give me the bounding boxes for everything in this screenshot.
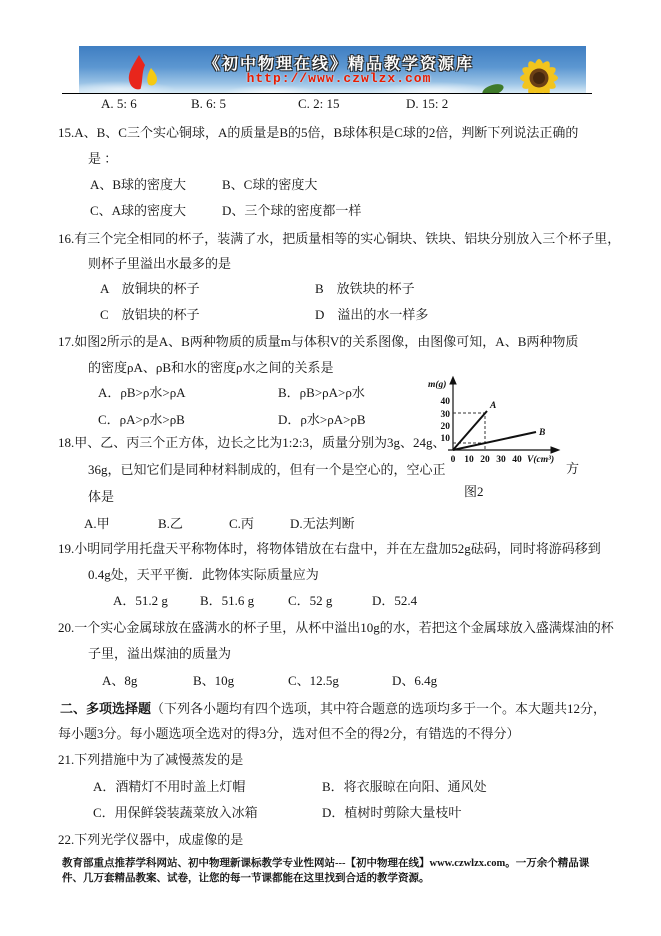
q20-option-a: A、8g bbox=[102, 673, 137, 688]
fig-xtick-30: 30 bbox=[496, 455, 506, 465]
section2-desc2: 每小题3分。每小题选项全选对的得3分，选对但不全的得2分，有错选的不得分） bbox=[58, 726, 520, 741]
fig-xtick-0: 0 bbox=[451, 455, 456, 465]
q17-option-a: A．ρB>ρ水>ρA bbox=[98, 385, 186, 400]
q21-option-d: D．植树时剪除大量枝叶 bbox=[322, 805, 461, 820]
q16-line1: 16.有三个完全相同的杯子，装满了水，把质量相等的实心铜块、铁块、铝块分别放入三… bbox=[58, 231, 620, 246]
q18-line2: 36g，已知它们是同种材料制成的，但有一个是空心的，空心正 bbox=[88, 462, 446, 477]
q18-wrap-char: 方 bbox=[566, 461, 579, 476]
q16-option-b: B 放铁块的杯子 bbox=[315, 281, 415, 296]
q15-line1: 15.A、B、C三个实心铜球，A的质量是B的5倍，B球体积是C球的2倍，判断下列… bbox=[58, 125, 578, 140]
banner-url: http://www.czwlzx.com bbox=[179, 71, 499, 86]
fig-line-a-label: A bbox=[489, 401, 496, 411]
header-divider bbox=[62, 93, 592, 94]
q19-line1: 19.小明同学用托盘天平称物体时，将物体错放在右盘中，并在左盘加52g砝码，同时… bbox=[58, 541, 601, 556]
figure2-mv-graph: m(g) 40 30 20 10 0 10 20 30 40 V(cm³) A … bbox=[426, 374, 566, 468]
q21-option-b: B．将衣服晾在向阳、通风处 bbox=[322, 779, 487, 794]
q18-option-a: A.甲 bbox=[84, 516, 110, 531]
q18-line1: 18.甲、乙、丙三个正方体，边长之比为1:2:3，质量分别为3g、24g、 bbox=[58, 435, 445, 450]
fig-xtick-10: 10 bbox=[464, 455, 474, 465]
q20-line2: 子里，溢出煤油的质量为 bbox=[88, 646, 231, 661]
q19-line2: 0.4g处，天平平衡．此物体实际质量应为 bbox=[88, 567, 319, 582]
q21-option-a: A．酒精灯不用时盖上灯帽 bbox=[93, 779, 245, 794]
q15-option-b: B、C球的密度大 bbox=[222, 177, 317, 192]
prev-option-d: D. 15: 2 bbox=[406, 96, 448, 111]
q17-option-b: B．ρB>ρA>ρ水 bbox=[278, 385, 365, 400]
q19-option-d: D．52.4 bbox=[372, 593, 417, 608]
q19-option-a: A．51.2 g bbox=[113, 593, 168, 608]
q17-option-d: D．ρ水>ρA>ρB bbox=[278, 412, 366, 427]
prev-option-b: B. 6: 5 bbox=[191, 96, 226, 111]
exam-page: 《初中物理在线》精品教学资源库 http://www.czwlzx.com A.… bbox=[0, 0, 661, 936]
section2-title: 二、多项选择题 bbox=[60, 701, 151, 716]
fig-ytick-30: 30 bbox=[441, 410, 451, 420]
section2-heading-line: 二、多项选择题（下列各小题均有四个选项，其中符合题意的选项均多于一个。本大题共1… bbox=[60, 701, 606, 716]
q21-stem: 21.下列措施中为了减慢蒸发的是 bbox=[58, 752, 243, 767]
q17-line1: 17.如图2所示的是A、B两种物质的质量m与体积V的关系图像，由图像可知，A、B… bbox=[58, 334, 578, 349]
q15-option-d: D、三个球的密度都一样 bbox=[222, 203, 361, 218]
q20-line1: 20.一个实心金属球放在盛满水的杯子里，从杯中溢出10g的水，若把这个金属球放入… bbox=[58, 620, 614, 635]
q20-option-c: C、12.5g bbox=[288, 673, 339, 688]
fig-xtick-40: 40 bbox=[512, 455, 522, 465]
q16-line2: 则杯子里溢出水最多的是 bbox=[88, 256, 231, 271]
q18-line3: 体是 bbox=[88, 489, 114, 504]
q16-option-c: C 放铝块的杯子 bbox=[100, 307, 200, 322]
q15-option-c: C、A球的密度大 bbox=[90, 203, 186, 218]
footer-line1: 教育部重点推荐学科网站、初中物理新课标教学专业性网站---【初中物理在线】www… bbox=[62, 856, 589, 871]
prev-option-c: C. 2: 15 bbox=[298, 96, 340, 111]
q20-option-d: D、6.4g bbox=[392, 673, 437, 688]
q18-option-d: D.无法判断 bbox=[290, 516, 355, 531]
fig-y-axis-label: m(g) bbox=[428, 379, 446, 390]
site-banner: 《初中物理在线》精品教学资源库 http://www.czwlzx.com bbox=[79, 46, 586, 93]
figure2-caption: 图2 bbox=[464, 484, 484, 499]
q16-option-d: D 溢出的水一样多 bbox=[315, 307, 428, 322]
prev-option-a: A. 5: 6 bbox=[101, 96, 137, 111]
q18-option-c: C.丙 bbox=[229, 516, 254, 531]
q15-line2: 是 ： bbox=[88, 151, 117, 166]
q19-option-c: C．52 g bbox=[288, 593, 332, 608]
footer-line2: 件、几万套精品教案、试卷，让您的每一节课都能在这里找到合适的教学资源。 bbox=[62, 871, 430, 886]
q21-option-c: C．用保鲜袋装蔬菜放入冰箱 bbox=[93, 805, 258, 820]
q22-stem: 22.下列光学仪器中，成虚像的是 bbox=[58, 832, 243, 847]
section2-desc1: （下列各小题均有四个选项，其中符合题意的选项均多于一个。本大题共12分， bbox=[151, 701, 606, 716]
q17-line2: 的密度ρA、ρB和水的密度ρ水之间的关系是 bbox=[88, 360, 334, 375]
q15-option-a: A、B球的密度大 bbox=[90, 177, 186, 192]
q19-option-b: B．51.6 g bbox=[200, 593, 254, 608]
flame-logo-icon bbox=[123, 54, 169, 92]
q20-option-b: B、10g bbox=[193, 673, 234, 688]
fig-xtick-20: 20 bbox=[480, 455, 490, 465]
fig-line-b-label: B bbox=[538, 428, 545, 438]
q18-option-b: B.乙 bbox=[158, 516, 183, 531]
fig-ytick-20: 20 bbox=[441, 422, 451, 432]
q16-option-a: A 放铜块的杯子 bbox=[100, 281, 200, 296]
q17-option-c: C．ρA>ρ水>ρB bbox=[98, 412, 185, 427]
fig-ytick-40: 40 bbox=[441, 397, 451, 407]
sunflower-icon bbox=[477, 56, 586, 93]
fig-x-axis-label: V(cm³) bbox=[527, 454, 554, 465]
